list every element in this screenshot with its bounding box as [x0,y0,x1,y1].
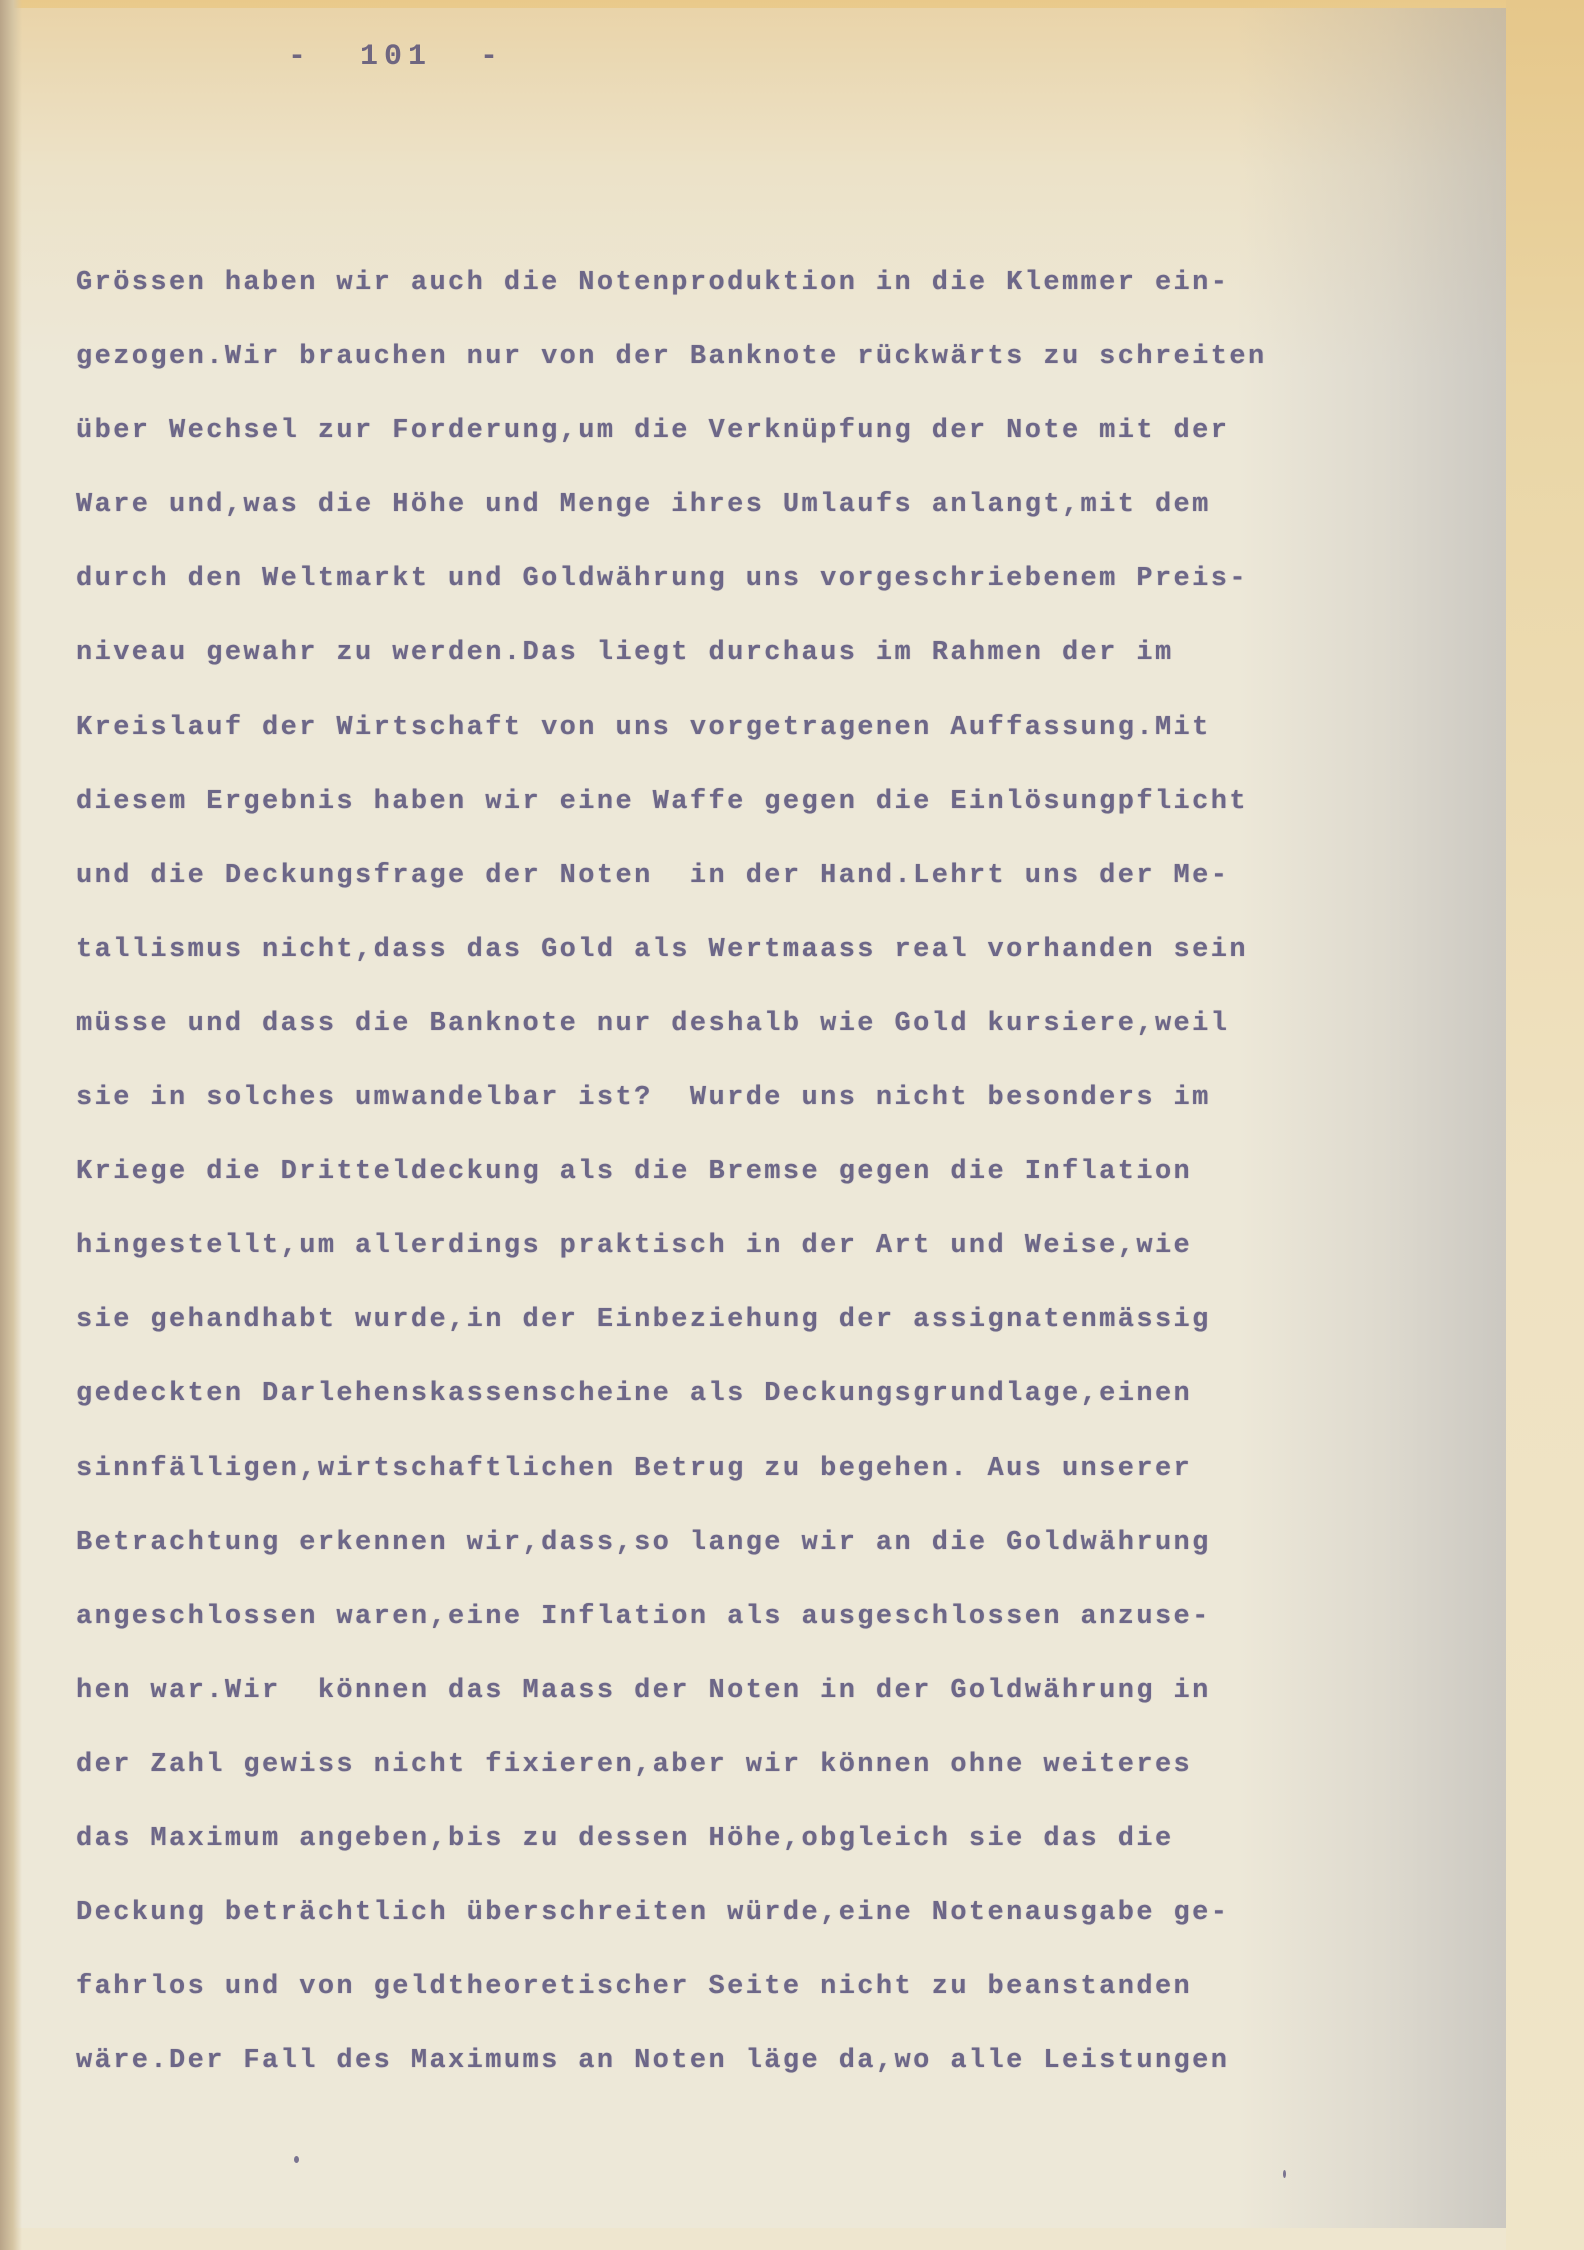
text-line: hingestellt,um allerdings praktisch in d… [76,1209,1516,1283]
text-line: und die Deckungsfrage der Noten in der H… [76,839,1516,913]
text-line: sinnfälligen,wirtschaftlichen Betrug zu … [76,1432,1516,1506]
text-line: müsse und dass die Banknote nur deshalb … [76,987,1516,1061]
text-line: gezogen.Wir brauchen nur von der Banknot… [76,320,1516,394]
text-line: diesem Ergebnis haben wir eine Waffe geg… [76,765,1516,839]
text-line: sie gehandhabt wurde,in der Einbeziehung… [76,1283,1516,1357]
text-line: Kriege die Dritteldeckung als die Bremse… [76,1135,1516,1209]
text-line: der Zahl gewiss nicht fixieren,aber wir … [76,1728,1516,1802]
body-text: Grössen haben wir auch die Notenprodukti… [76,246,1516,2098]
text-line: tallismus nicht,dass das Gold als Wertma… [76,913,1516,987]
text-line: durch den Weltmarkt und Goldwährung uns … [76,542,1516,616]
text-line: über Wechsel zur Forderung,um die Verknü… [76,394,1516,468]
text-line: wäre.Der Fall des Maximums an Noten läge… [76,2024,1516,2098]
page-number: - 101 - [288,40,504,74]
text-line: angeschlossen waren,eine Inflation als a… [76,1580,1516,1654]
text-line: Deckung beträchtlich überschreiten würde… [76,1876,1516,1950]
text-line: gedeckten Darlehenskassenscheine als Dec… [76,1357,1516,1431]
text-line: sie in solches umwandelbar ist? Wurde un… [76,1061,1516,1135]
text-line: Betrachtung erkennen wir,dass,so lange w… [76,1506,1516,1580]
text-line: Ware und,was die Höhe und Menge ihres Um… [76,468,1516,542]
text-line: fahrlos und von geldtheoretischer Seite … [76,1950,1516,2024]
text-line: niveau gewahr zu werden.Das liegt durcha… [76,616,1516,690]
text-line: Grössen haben wir auch die Notenprodukti… [76,246,1516,320]
page-binding-edge [0,0,22,2250]
scan-right-margin [1506,0,1584,2250]
ink-speck [1283,2170,1286,2178]
text-line: Kreislauf der Wirtschaft von uns vorgetr… [76,691,1516,765]
text-line: hen war.Wir können das Maass der Noten i… [76,1654,1516,1728]
text-line: das Maximum angeben,bis zu dessen Höhe,o… [76,1802,1516,1876]
ink-speck [294,2156,299,2163]
